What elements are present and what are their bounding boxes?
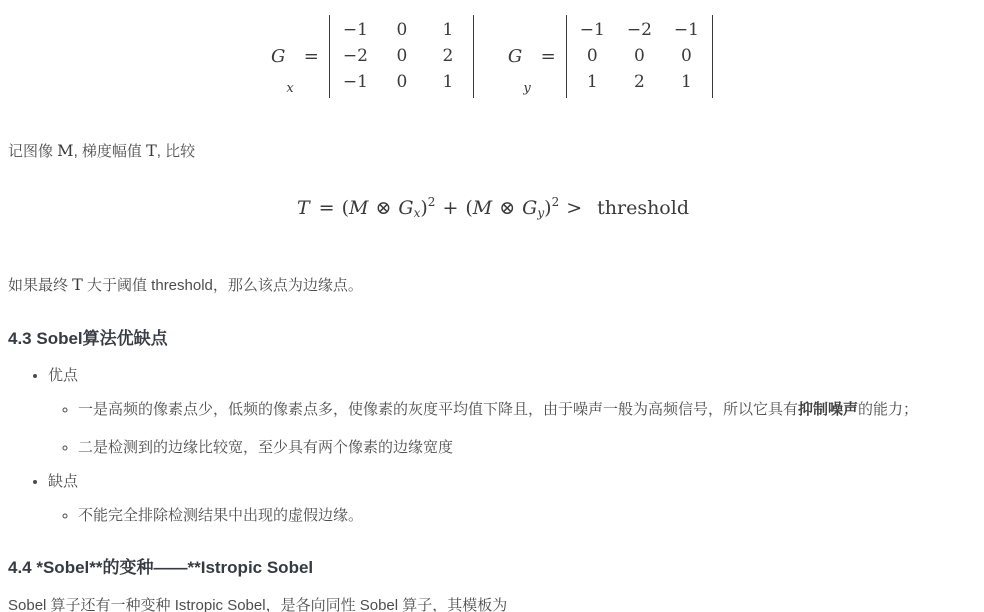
matrix-cell: 0	[390, 18, 414, 43]
gx-kernel-matrix: Gx = −1 0 1 −2 0 2 −1 0 1	[271, 15, 474, 98]
matrix-cell: 0	[390, 70, 414, 95]
gy-subscript: y	[523, 81, 530, 96]
paragraph-record-image: 记图像 M, 梯度幅值 T, 比较	[8, 140, 976, 162]
list-item-disadvantages: 缺点 不能完全排除检测结果中出现的虚假边缘。	[48, 472, 976, 526]
matrix-cell: 0	[674, 44, 699, 69]
superscript-2: 2	[552, 195, 560, 209]
matrix-cell: 0	[580, 44, 605, 69]
text-segment: 如果最终	[8, 277, 72, 294]
list-item-advantage-1: 一是高频的像素点少，低频的像素点多，使像素的灰度平均值下降且，由于噪声一般为高频…	[78, 400, 976, 420]
math-var-T: T	[146, 141, 157, 160]
paragraph-threshold-rule: 如果最终 T 大于阈值 threshold，那么该点为边缘点。	[8, 274, 976, 296]
heading-4-4-istropic-sobel: 4.4 *Sobel**的变种——**Istropic Sobel	[8, 557, 976, 579]
gx-symbol: G	[271, 46, 285, 67]
superscript-2: 2	[428, 195, 436, 209]
matrix-cell: 0	[390, 44, 414, 69]
pros-cons-list: 优点 一是高频的像素点少，低频的像素点多，使像素的灰度平均值下降且，由于噪声一般…	[8, 366, 976, 526]
matrix-cell: −1	[343, 18, 368, 43]
threshold-formula: T=(M⊗Gx)2+(M⊗Gy)2>threshold	[8, 194, 976, 227]
gx-subscript: x	[286, 81, 293, 96]
matrix-cell: 0	[627, 44, 652, 69]
gy-symbol: G	[508, 46, 522, 67]
matrix-cell: −2	[627, 18, 652, 43]
formula-M: M	[473, 197, 492, 219]
text-segment: 一是高频的像素点少，低频的像素点多，使像素的灰度平均值下降且，由于噪声一般为高频…	[78, 401, 798, 418]
formula-T: T	[297, 197, 310, 219]
math-var-M: M	[57, 141, 73, 160]
text-segment: 的能力；	[858, 401, 918, 418]
article-body: Gx = −1 0 1 −2 0 2 −1 0 1 Gy = −1 −2 −1 …	[0, 0, 984, 612]
heading-4-3-sobel-pros-cons: 4.3 Sobel算法优缺点	[8, 328, 976, 350]
gy-kernel-matrix: Gy = −1 −2 −1 0 0 0 1 2 1	[508, 15, 713, 98]
equals-sign: =	[541, 46, 556, 67]
gy-matrix-cells: −1 −2 −1 0 0 0 1 2 1	[566, 15, 713, 98]
matrix-cell: 1	[436, 18, 460, 43]
disadvantages-label: 缺点	[48, 473, 78, 490]
otimes-operator: ⊗	[375, 197, 391, 219]
matrix-cell: −1	[580, 18, 605, 43]
matrix-cell: 1	[674, 70, 699, 95]
matrix-cell: −1	[674, 18, 699, 43]
close-paren: )	[420, 197, 427, 219]
matrix-cell: 1	[580, 70, 605, 95]
formula-G: G	[398, 197, 413, 219]
disadvantages-sublist: 不能完全排除检测结果中出现的虚假边缘。	[48, 506, 976, 526]
list-item-advantages: 优点 一是高频的像素点少，低频的像素点多，使像素的灰度平均值下降且，由于噪声一般…	[48, 366, 976, 458]
open-paren: (	[342, 197, 349, 219]
advantages-label: 优点	[48, 367, 78, 384]
gx-matrix-cells: −1 0 1 −2 0 2 −1 0 1	[329, 15, 474, 98]
matrix-cell: −1	[343, 70, 368, 95]
open-paren: (	[465, 197, 472, 219]
matrix-cell: 2	[627, 70, 652, 95]
plus-sign: +	[442, 197, 458, 219]
list-item-disadvantage-1: 不能完全排除检测结果中出现的虚假边缘。	[78, 506, 976, 526]
formula-threshold: threshold	[597, 197, 689, 219]
formula-M: M	[349, 197, 368, 219]
sobel-kernels-equation: Gx = −1 0 1 −2 0 2 −1 0 1 Gy = −1 −2 −1 …	[8, 15, 976, 98]
formula-G: G	[522, 197, 537, 219]
matrix-cell: 2	[436, 44, 460, 69]
text-segment: 大于阈值 threshold，那么该点为边缘点。	[83, 277, 363, 294]
greater-than-sign: >	[566, 197, 582, 219]
text-segment: , 梯度幅值	[74, 143, 147, 160]
advantages-sublist: 一是高频的像素点少，低频的像素点多，使像素的灰度平均值下降且，由于噪声一般为高频…	[48, 400, 976, 458]
matrix-cell: −2	[343, 44, 368, 69]
paragraph-istropic-sobel: Sobel 算子还有一种变种 Istropic Sobel，是各向同性 Sobe…	[8, 595, 976, 612]
math-var-T: T	[72, 275, 83, 294]
text-segment: 记图像	[8, 143, 57, 160]
bold-noise-suppression: 抑制噪声	[798, 401, 858, 418]
otimes-operator: ⊗	[499, 197, 515, 219]
matrix-cell: 1	[436, 70, 460, 95]
list-item-advantage-2: 二是检测到的边缘比较宽，至少具有两个像素的边缘宽度	[78, 438, 976, 458]
equals-sign: =	[319, 197, 335, 219]
close-paren: )	[544, 197, 551, 219]
equals-sign: =	[304, 46, 319, 67]
text-segment: , 比较	[157, 143, 195, 160]
